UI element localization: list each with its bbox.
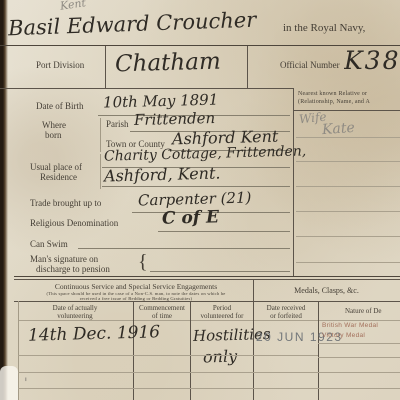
rating-name-handwritten: Basil Edward Croucher [8,8,257,41]
row-line [18,388,400,389]
double-rule-bottom [14,279,400,280]
pencil-annotation-kent: Kent [59,0,86,13]
medal-british-war: British War Medal [322,322,378,329]
col-commencement-line1: Commencement [134,304,190,312]
service-record-document: Kent Basil Edward Croucher in the Royal … [0,0,400,400]
signature-label1: Man's signature on [30,254,98,264]
field-underline [158,231,290,232]
rule [14,301,400,302]
col-period-line1: Period [191,304,253,312]
row-line [318,343,400,344]
relative-column-divider [293,88,294,277]
row-line [18,355,318,356]
period-value-line2: only [203,347,238,367]
parish-value: Frittenden [134,109,216,129]
can-swim-label: Can Swim [30,239,68,249]
medal-victory: Victory Medal [322,332,365,339]
col-date-volunteering-line2: volunteering [20,312,130,320]
table-divider [190,301,191,400]
port-division-value: Chatham [115,49,221,78]
field-underline [150,271,290,272]
ruled-line [296,262,400,263]
signature-label2: discharge to pension [36,264,110,274]
relative-header-line1: Nearest known Relative or [298,91,367,97]
official-number-label: Official Number [280,60,340,70]
rule-under-port-row [0,88,294,89]
brace-line [100,154,101,189]
residence-label1: Usual place of [30,162,82,172]
scan-edge [0,0,8,400]
religion-value: C of E [162,207,219,228]
col-nature-of-decoration: Nature of De [345,307,382,315]
col-date-volunteering-line1: Date of actually [20,304,130,312]
pencil-tick-mark: ' [24,376,28,391]
ruled-line [296,161,400,162]
double-rule-top [14,276,400,277]
col-period-line2: volunteered for [191,312,253,320]
scan-corner-light [0,366,18,400]
relative-name: Kate [321,120,355,138]
trade-value: Carpenter (21) [138,189,252,210]
trade-label: Trade brought up to [30,198,101,208]
date-of-birth-label: Date of Birth [36,101,84,111]
relative-header-line2: (Relationship, Name, and A [298,99,370,105]
row-line [18,372,400,373]
religion-label: Religious Denomination [30,218,118,228]
divider [105,46,106,88]
where-born-label1: Where [42,120,66,130]
medals-title: Medals, Clasps, &c. [253,286,400,295]
parish-label: Parish [106,119,129,129]
row-line [318,357,400,358]
divider [247,46,248,88]
brace-line [100,118,101,152]
ruled-line [296,236,400,237]
residence-label2: Residence [40,172,77,182]
ruled-line [296,211,400,212]
ruled-line [296,137,400,138]
col-date-received-line2: or forfeited [254,312,318,320]
rule [18,320,400,321]
engagements-title: Continuous Service and Special Service E… [20,282,252,291]
field-underline [78,248,290,249]
rule-under-name [0,45,400,46]
date-volunteering-value: 14th Dec. 1916 [28,322,161,345]
official-number-value: K380 [344,46,400,75]
table-border-left [18,301,19,400]
col-commencement-line2: of time [134,312,190,320]
residence-value-line2: Ashford, Kent. [104,163,221,185]
where-born-label2: born [45,130,62,140]
table-divider [133,301,134,400]
signature-brace: { [138,251,148,274]
col-date-received-line1: Date received [254,304,318,312]
printed-suffix: in the Royal Navy, [283,22,365,34]
field-underline [102,186,290,187]
port-division-label: Port Division [36,60,84,70]
ruled-line [296,186,400,187]
table-divider [318,301,319,400]
